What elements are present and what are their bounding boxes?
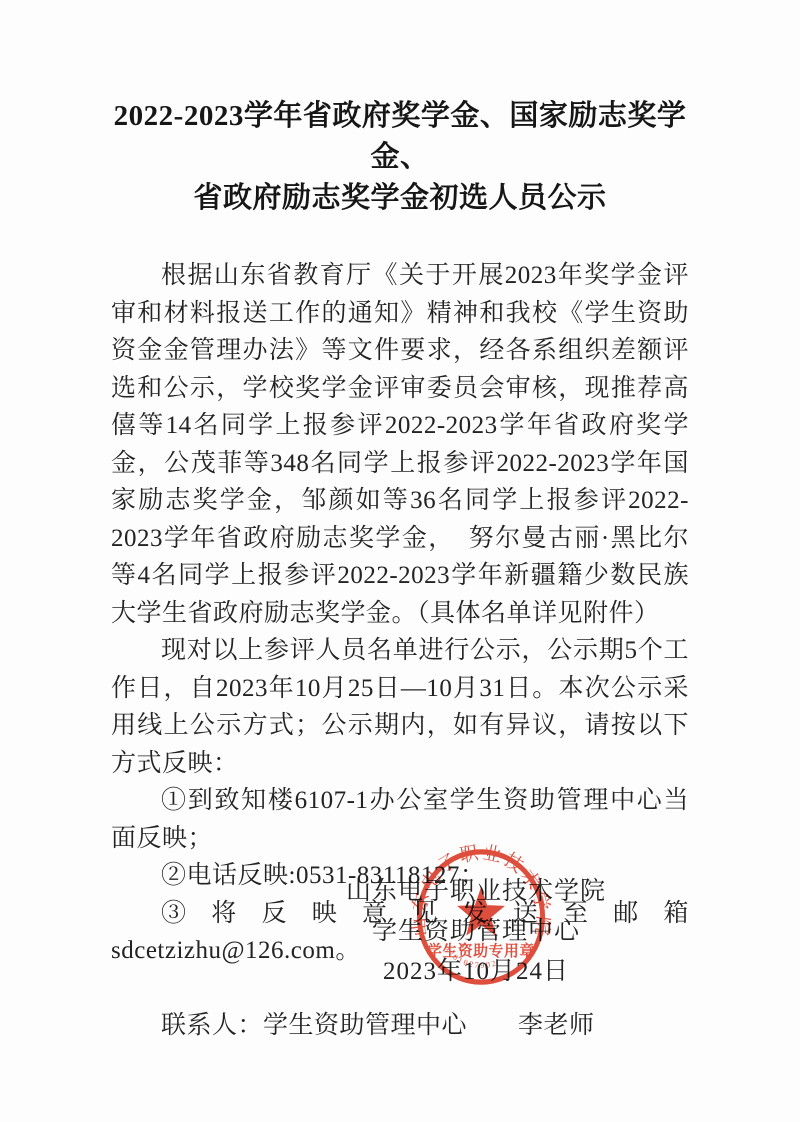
title-line-1: 2022-2023学年省政府奖学金、国家励志奖学金、 — [111, 96, 689, 178]
signature-dept-name: 学生资助管理中心 — [346, 912, 606, 952]
paragraph-publicity-period: 现对以上参评人员名单进行公示，公示期5个工作日，自2023年10月25日—10月… — [111, 632, 689, 782]
paragraph-basis: 根据山东省教育厅《关于开展2023年奖学金评审和材料报送工作的通知》精神和我校《… — [111, 257, 689, 632]
title-line-2: 省政府励志奖学金初选人员公示 — [111, 178, 689, 219]
contact-line: 联系人：学生资助管理中心 李老师 — [111, 1007, 689, 1045]
document-page: 2022-2023学年省政府奖学金、国家励志奖学金、 省政府励志奖学金初选人员公… — [0, 0, 800, 1122]
feedback-item-1: ①到致知楼6107-1办公室学生资助管理中心当面反映； — [111, 782, 689, 857]
signature-block: 山东电子职业技术学院 学生资助管理中心 2023年10月24日 — [346, 872, 606, 992]
document-title: 2022-2023学年省政府奖学金、国家励志奖学金、 省政府励志奖学金初选人员公… — [111, 96, 689, 219]
signature-org-name: 山东电子职业技术学院 — [346, 872, 606, 912]
signature-date: 2023年10月24日 — [346, 952, 606, 992]
